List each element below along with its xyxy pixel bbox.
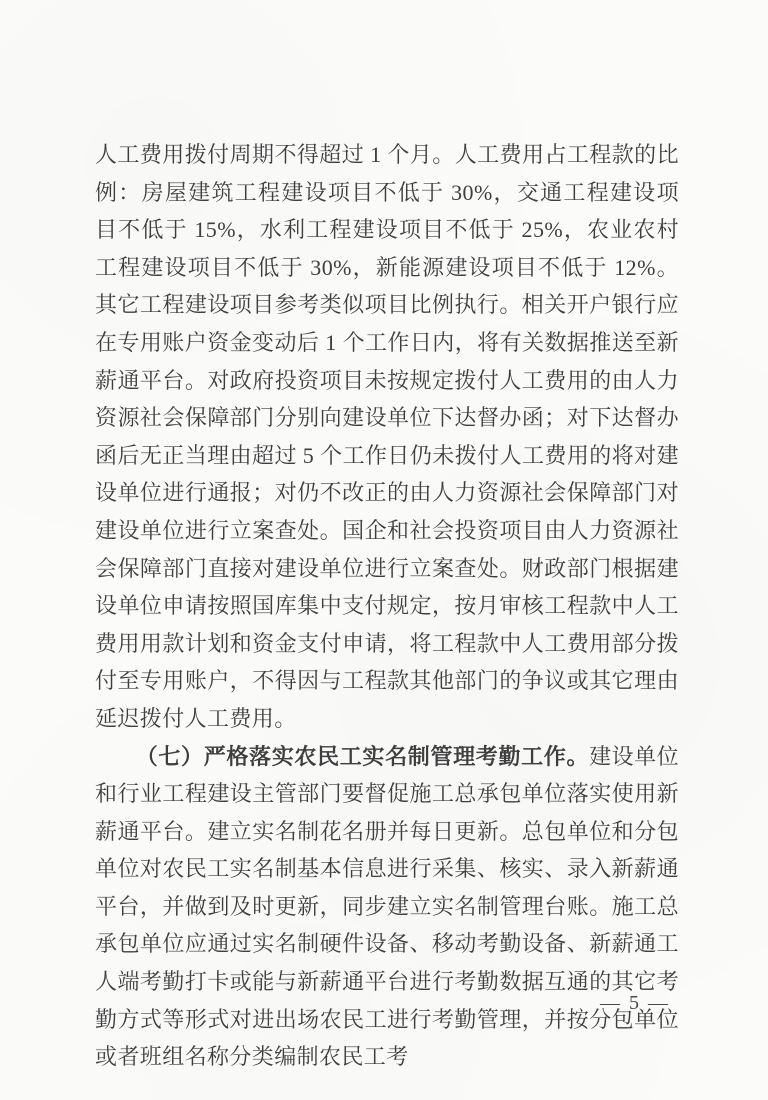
section-7-body: 建设单位和行业工程建设主管部门要督促施工总承包单位落实使用新薪通平台。建立实名制… [95, 744, 679, 1070]
document-page-body: 人工费用拨付周期不得超过 1 个月。人工费用占工程款的比例：房屋建筑工程建设项目… [95, 136, 679, 1076]
paragraph-section-7: （七）严格落实农民工实名制管理考勤工作。建设单位和行业工程建设主管部门要督促施工… [95, 738, 679, 1076]
section-7-heading: （七）严格落实农民工实名制管理考勤工作。 [136, 744, 589, 769]
page-number: — 5 — [600, 992, 670, 1015]
paragraph-continuation: 人工费用拨付周期不得超过 1 个月。人工费用占工程款的比例：房屋建筑工程建设项目… [95, 136, 679, 738]
